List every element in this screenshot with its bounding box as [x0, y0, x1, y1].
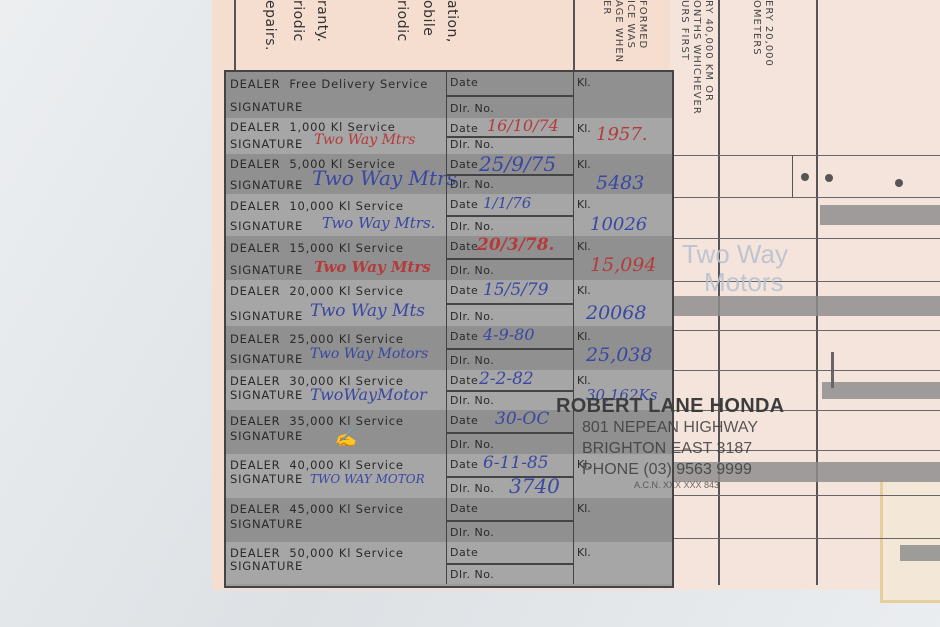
handwritten-signature: Two Way Mts: [310, 301, 425, 321]
signature-label: SIGNATURE: [230, 178, 303, 192]
date-dlr-box: Date Dlr. No.: [446, 542, 574, 584]
signature-label: SIGNATURE: [230, 100, 303, 114]
signature-label: SIGNATURE: [230, 559, 303, 573]
service-row: DEALER 10,000 Kl Service SIGNATURE Two W…: [226, 194, 672, 237]
handwritten-date: 25/9/75: [479, 152, 556, 176]
punch-dot: [825, 174, 833, 182]
torn-page-corner: [880, 480, 940, 603]
dealer-label: DEALER 35,000 Kl Service: [230, 414, 404, 428]
odometer-header-4: FORMED: [636, 0, 648, 49]
handwritten-date: 4-9-80: [483, 325, 535, 344]
signature-label: SIGNATURE: [230, 388, 303, 402]
dealer-label: DEALER 10,000 Kl Service: [230, 199, 404, 213]
kl-label: Kl.: [577, 502, 591, 515]
dlr-no-label: Dlr. No.: [450, 438, 494, 451]
date-dlr-box: Date Dlr. No. 15/5/79: [446, 280, 574, 326]
handwritten-date: 2-2-82: [479, 369, 534, 389]
dealer-text: DEALER: [230, 546, 280, 560]
dealer-text: DEALER: [230, 77, 280, 91]
service-row: DEALER 45,000 Kl Service SIGNATURE Date …: [226, 498, 672, 543]
dlr-no-label: Dlr. No.: [450, 354, 494, 367]
date-dlr-box: Date Dlr. No. 2-2-82: [446, 370, 574, 410]
date-dlr-box: Date Dlr. No.: [446, 498, 574, 542]
signature-label: SIGNATURE: [230, 219, 303, 233]
dealer-label: DEALER 20,000 Kl Service: [230, 284, 404, 298]
service-row: DEALER 25,000 Kl Service SIGNATURE Two W…: [226, 326, 672, 371]
stamp-acn: A.C.N. XXX XXX 843: [556, 480, 784, 490]
service-row: DEALER 5,000 Kl Service SIGNATURE Two Wa…: [226, 154, 672, 195]
handwritten-date: 15/5/79: [483, 280, 549, 300]
handwritten-signature: Two Way Mtrs: [314, 258, 431, 276]
interval-header-5: OMETERS: [750, 0, 762, 56]
service-record-table: DEALER Free Delivery Service SIGNATURE D…: [224, 70, 674, 588]
dealer-label: DEALER 45,000 Kl Service: [230, 502, 404, 516]
service-row: DEALER 50,000 Kl Service SIGNATURE Date …: [226, 542, 672, 584]
dealer-text: DEALER: [230, 199, 280, 213]
gray-band: [820, 205, 940, 225]
kl-label: Kl.: [577, 158, 591, 171]
dealer-text: DEALER: [230, 241, 280, 255]
stamp-dealer-name: ROBERT LANE HONDA: [556, 396, 784, 417]
dlr-no-label: Dlr. No.: [450, 220, 494, 233]
handwritten-odometer: 5483: [596, 172, 644, 194]
header-text-col-1: epairs.: [262, 0, 278, 51]
header-text-col-6: ation,: [444, 0, 460, 43]
signature-label: SIGNATURE: [230, 352, 303, 366]
grid-line: [670, 538, 940, 539]
dlr-no-label: Dlr. No.: [450, 526, 494, 539]
dealer-text: DEALER: [230, 120, 280, 134]
stamp-address: 801 NEPEAN HIGHWAY: [556, 417, 784, 438]
date-label: Date: [450, 122, 478, 135]
handwritten-signature: TWO WAY MOTOR: [310, 472, 425, 486]
dealer-label: DEALER Free Delivery Service: [230, 77, 428, 91]
dlr-no-label: Dlr. No.: [450, 178, 494, 191]
date-label: Date: [450, 502, 478, 515]
dealer-label: DEALER 15,000 Kl Service: [230, 241, 404, 255]
odometer-header-2: AGE WHEN: [612, 0, 624, 63]
dlr-no-label: Dlr. No.: [450, 310, 494, 323]
handwritten-odometer: 20068: [586, 302, 646, 324]
header-text-col-4: riodic: [394, 0, 410, 42]
service-name: 15,000 Kl Service: [289, 241, 403, 255]
service-name: 40,000 Kl Service: [289, 458, 403, 472]
dealer-label: DEALER 25,000 Kl Service: [230, 332, 404, 346]
dealer-label: DEALER 40,000 Kl Service: [230, 458, 404, 472]
service-row: DEALER 15,000 Kl Service SIGNATURE Two W…: [226, 236, 672, 281]
grid-line: [816, 0, 818, 585]
service-name: 35,000 Kl Service: [289, 414, 403, 428]
date-label: Date: [450, 198, 478, 211]
handwritten-odometer: 25,038: [586, 344, 652, 366]
header-divider: [573, 0, 575, 70]
service-name: Free Delivery Service: [289, 77, 428, 91]
handwritten-date: 6-11-85: [483, 453, 549, 473]
handwritten-signature: TwoWayMotor: [310, 385, 427, 404]
odometer-header-3: ICE WAS: [624, 0, 636, 49]
gray-band: [822, 382, 940, 399]
staple: [831, 352, 834, 388]
kl-label: Kl.: [577, 198, 591, 211]
signature-label: SIGNATURE: [230, 472, 303, 486]
date-label: Date: [450, 158, 478, 171]
dealer-text: DEALER: [230, 157, 280, 171]
handwritten-odometer: 1957.: [596, 124, 648, 145]
kl-label: Kl.: [577, 284, 591, 297]
date-dlr-box: Date Dlr. No. 16/10/74: [446, 118, 574, 154]
dealer-text: DEALER: [230, 284, 280, 298]
grid-line: [670, 197, 940, 198]
service-name: 50,000 Kl Service: [289, 546, 403, 560]
date-dlr-box: Date Dlr. No. 25/9/75: [446, 154, 574, 194]
service-row: DEALER 20,000 Kl Service SIGNATURE Two W…: [226, 280, 672, 327]
punch-dot: [801, 173, 809, 181]
interval-header-2: ONTHS WHICHEVER: [690, 0, 702, 115]
kl-label: Kl.: [577, 122, 591, 135]
dealer-text: DEALER: [230, 374, 280, 388]
gray-band: [670, 296, 940, 316]
kl-label: Kl.: [577, 76, 591, 89]
punch-dot: [895, 179, 903, 187]
handwritten-signature: Two Way Mtrs: [314, 132, 415, 148]
dealer-text: DEALER: [230, 502, 280, 516]
dlr-no-label: Dlr. No.: [450, 102, 494, 115]
signature-label: SIGNATURE: [230, 137, 303, 151]
signature-label: SIGNATURE: [230, 309, 303, 323]
interval-header-4: ERY 20,000: [762, 0, 774, 67]
date-label: Date: [450, 546, 478, 559]
two-way-motors-watermark: Two Way Motors: [682, 240, 788, 296]
handwritten-signature: Two Way Mtrs: [312, 166, 457, 190]
signature-label: SIGNATURE: [230, 517, 303, 531]
dlr-no-label: Dlr. No.: [450, 264, 494, 277]
date-dlr-box: Date Dlr. No. 20/3/78.: [446, 236, 574, 280]
signature-label: SIGNATURE: [230, 429, 303, 443]
service-row: DEALER Free Delivery Service SIGNATURE D…: [226, 72, 672, 119]
date-dlr-box: Date Dlr. No. 1/1/76: [446, 194, 574, 236]
dlr-no-label: Dlr. No.: [450, 394, 494, 407]
dlr-no-label: Dlr. No.: [450, 482, 494, 495]
gray-band: [900, 545, 940, 561]
kl-label: Kl.: [577, 330, 591, 343]
dlr-no-label: Dlr. No.: [450, 568, 494, 581]
header-divider: [234, 0, 236, 70]
date-dlr-box: Date Dlr. No.: [446, 72, 574, 118]
handwritten-date: 1/1/76: [483, 194, 531, 212]
dealer-label: DEALER 50,000 Kl Service: [230, 546, 404, 560]
header-text-col-5: obile: [420, 0, 436, 36]
header-text-col-2: riodic: [290, 0, 306, 42]
date-label: Date: [450, 414, 478, 427]
date-label: Date: [450, 330, 478, 343]
handwritten-date: 30-OC: [495, 409, 549, 429]
dealer-text: DEALER: [230, 332, 280, 346]
grid-line: [670, 155, 940, 156]
kl-label: Kl.: [577, 240, 591, 253]
date-label: Date: [450, 374, 478, 387]
service-name: 45,000 Kl Service: [289, 502, 403, 516]
service-name: 10,000 Kl Service: [289, 199, 403, 213]
date-label: Date: [450, 76, 478, 89]
grid-line: [670, 370, 940, 371]
grid-line: [792, 155, 793, 197]
handwritten-date: 20/3/78.: [477, 235, 554, 255]
watermark-line-2: Motors: [682, 268, 788, 296]
dealer-text: DEALER: [230, 414, 280, 428]
handwritten-odometer: 15,094: [590, 254, 656, 276]
grid-line: [670, 495, 940, 496]
dlr-no-label: Dlr. No.: [450, 138, 494, 151]
service-row: DEALER 1,000 Kl Service SIGNATURE Two Wa…: [226, 118, 672, 155]
dealer-text: DEALER: [230, 458, 280, 472]
interval-header-1: RY 40,000 KM OR: [702, 0, 714, 102]
odometer-header-1: ER: [600, 0, 612, 15]
service-name: 20,000 Kl Service: [289, 284, 403, 298]
date-label: Date: [450, 284, 478, 297]
handwritten-date: 16/10/74: [487, 116, 559, 135]
date-dlr-box: Date Dlr. No. 4-9-80: [446, 326, 574, 370]
date-dlr-box: Date Dlr. No. 30-OC: [446, 410, 574, 454]
interval-header-3: URS FIRST: [678, 0, 690, 61]
handwritten-initials: ✍: [334, 428, 356, 449]
date-label: Date: [450, 240, 478, 253]
date-label: Date: [450, 458, 478, 471]
handwritten-dealer-number: 3740: [509, 474, 560, 498]
dealer-stamp: ROBERT LANE HONDA 801 NEPEAN HIGHWAY BRI…: [556, 396, 784, 490]
service-name: 25,000 Kl Service: [289, 332, 403, 346]
grid-line: [670, 330, 940, 331]
signature-label: SIGNATURE: [230, 263, 303, 277]
stamp-suburb: BRIGHTON EAST 3187: [556, 438, 784, 459]
header-text-col-3: ranty.: [314, 0, 330, 42]
kl-label: Kl.: [577, 546, 591, 559]
handwritten-odometer: 10026: [590, 214, 647, 235]
watermark-line-1: Two Way: [682, 240, 788, 268]
stamp-phone: PHONE (03) 9563 9999: [556, 459, 784, 480]
date-dlr-box: Date Dlr. No. 6-11-85 3740: [446, 454, 574, 498]
handwritten-signature: Two Way Mtrs.: [322, 214, 435, 232]
handwritten-signature: Two Way Motors: [310, 346, 428, 362]
